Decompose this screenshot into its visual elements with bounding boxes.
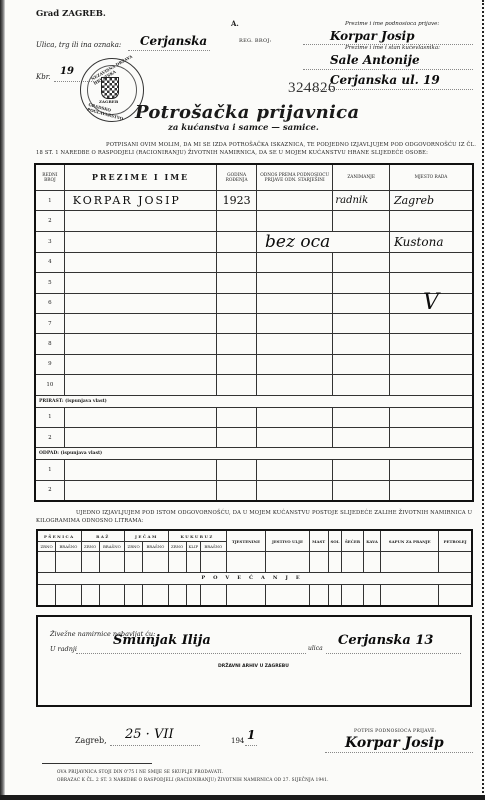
form-subtitle: za kućanstva i samce — samice. bbox=[168, 123, 319, 133]
table-row: 10 bbox=[35, 375, 473, 395]
row-number: 7 bbox=[35, 313, 64, 333]
relation[interactable]: bez oca bbox=[257, 231, 390, 252]
sub-zrno: zrno bbox=[37, 542, 56, 552]
row-number: 2 bbox=[35, 480, 64, 501]
prirast-label: PRIRAST: (ispunjava vlast) bbox=[35, 395, 473, 407]
workplace[interactable] bbox=[389, 211, 473, 231]
stock-cell[interactable] bbox=[186, 552, 200, 573]
stock-cell[interactable] bbox=[143, 552, 169, 573]
table-row: 7 bbox=[35, 313, 473, 333]
stock-values-row bbox=[37, 552, 472, 573]
relation[interactable] bbox=[257, 460, 333, 480]
stock-cell[interactable] bbox=[186, 585, 200, 607]
col-header-name: PREZIME I IME bbox=[64, 164, 216, 191]
odpad-row: 2 bbox=[35, 480, 473, 501]
persons-table-header: Redni broj PREZIME I IME Godina rođenja … bbox=[35, 164, 473, 191]
stock-cell[interactable] bbox=[168, 585, 186, 607]
shop-label: U radnji bbox=[50, 645, 77, 653]
stock-cell[interactable] bbox=[37, 585, 56, 607]
relation[interactable] bbox=[257, 407, 333, 427]
house-number-label: Kbr. bbox=[36, 73, 51, 81]
table-row: 4 bbox=[35, 252, 473, 272]
birth-year[interactable] bbox=[217, 313, 257, 333]
col-header-occupation: Zanimanje bbox=[333, 164, 390, 191]
occupation[interactable] bbox=[333, 273, 390, 293]
person-name[interactable] bbox=[64, 480, 216, 501]
sub-klip: klip bbox=[186, 542, 200, 552]
stock-cell[interactable] bbox=[439, 585, 472, 607]
sub-brasno: brašno bbox=[201, 542, 227, 552]
group-kukuruz: KUKURUZ bbox=[168, 530, 226, 542]
occupation[interactable] bbox=[333, 334, 390, 354]
increase-label: POVEĆANJE bbox=[37, 573, 472, 585]
persons-table: Redni broj PREZIME I IME Godina rođenja … bbox=[34, 163, 474, 502]
relation[interactable] bbox=[257, 252, 333, 272]
group-psenica: PŠENICA bbox=[37, 530, 81, 542]
sub-brasno: brašno bbox=[99, 542, 125, 552]
prirast-section-header: PRIRAST: (ispunjava vlast) bbox=[35, 395, 473, 407]
person-name[interactable] bbox=[64, 211, 216, 231]
scan-left-edge bbox=[0, 0, 5, 800]
street-underline bbox=[128, 50, 210, 51]
col-header-no: Redni broj bbox=[35, 164, 64, 191]
sub-brasno: brašno bbox=[143, 542, 169, 552]
person-name[interactable] bbox=[64, 375, 216, 395]
table-row: 3 bez oca Kustona bbox=[35, 231, 473, 252]
signature-value[interactable]: Korpar Josip bbox=[345, 735, 444, 751]
person-name[interactable] bbox=[64, 293, 216, 313]
workplace[interactable] bbox=[389, 354, 473, 374]
shop-value[interactable]: Smunjak Ilija bbox=[113, 633, 211, 648]
person-name[interactable] bbox=[64, 354, 216, 374]
stock-cell[interactable] bbox=[439, 552, 472, 573]
birth-year[interactable] bbox=[217, 293, 257, 313]
workplace[interactable] bbox=[389, 480, 473, 501]
relation[interactable] bbox=[257, 273, 333, 293]
supply-street-label: ulica bbox=[308, 645, 323, 652]
stock-cell[interactable] bbox=[125, 585, 143, 607]
person-name[interactable] bbox=[64, 313, 216, 333]
sub-brasno: brašno bbox=[56, 542, 82, 552]
relation[interactable] bbox=[257, 191, 333, 211]
relation[interactable] bbox=[257, 427, 333, 447]
row-number: 1 bbox=[35, 460, 64, 480]
place-label: Zagreb, bbox=[75, 736, 107, 745]
stock-cell[interactable] bbox=[37, 552, 56, 573]
applicant-name-value: Korpar Josip bbox=[330, 29, 415, 43]
birth-year[interactable] bbox=[217, 407, 257, 427]
relation[interactable] bbox=[257, 211, 333, 231]
occupation[interactable] bbox=[333, 407, 390, 427]
relation[interactable] bbox=[257, 334, 333, 354]
occupation[interactable] bbox=[333, 313, 390, 333]
reg-broj-label: REG. BROJ: bbox=[239, 38, 271, 44]
stock-cell[interactable] bbox=[328, 552, 341, 573]
birth-year[interactable] bbox=[217, 334, 257, 354]
stock-cell[interactable] bbox=[309, 585, 328, 607]
occupation[interactable] bbox=[333, 480, 390, 501]
workplace[interactable]: Kustona bbox=[389, 231, 473, 252]
landlord-name-underline bbox=[303, 69, 473, 70]
landlord-name-value: Sale Antonije bbox=[330, 53, 420, 67]
footer-divider bbox=[42, 763, 152, 764]
table-row: 5 bbox=[35, 273, 473, 293]
city-heading: Grad ZAGREB. bbox=[36, 9, 106, 19]
row-number: 6 bbox=[35, 293, 64, 313]
col-mast: Mast bbox=[309, 530, 328, 552]
row-number: 9 bbox=[35, 354, 64, 374]
col-header-workplace: Mjesto rada bbox=[389, 164, 473, 191]
street-label: Ulica, trg ili ina oznaka: bbox=[36, 41, 121, 49]
year-underline bbox=[245, 745, 257, 746]
row-number: 10 bbox=[35, 375, 64, 395]
odpad-section-header: ODPAD: (ispunjava vlast) bbox=[35, 448, 473, 460]
occupation[interactable] bbox=[333, 293, 390, 313]
relation[interactable] bbox=[257, 354, 333, 374]
col-sol: Sol bbox=[328, 530, 341, 552]
workplace[interactable] bbox=[389, 460, 473, 480]
person-name[interactable] bbox=[64, 334, 216, 354]
occupation[interactable]: radnik bbox=[333, 191, 390, 211]
shop-underline bbox=[76, 653, 306, 654]
workplace[interactable] bbox=[389, 375, 473, 395]
col-sapun: Sapun za pranje bbox=[381, 530, 439, 552]
col-secer: Šećer bbox=[342, 530, 364, 552]
scan-bottom-edge bbox=[0, 795, 485, 800]
date-underline bbox=[110, 745, 200, 746]
row-number: 2 bbox=[35, 211, 64, 231]
occupation[interactable] bbox=[333, 460, 390, 480]
landlord-label: Prezime i ime i stan kućevlasnika: bbox=[345, 45, 440, 51]
occupation[interactable] bbox=[333, 427, 390, 447]
sub-zrno: zrno bbox=[168, 542, 186, 552]
workplace[interactable] bbox=[389, 334, 473, 354]
row-number: 8 bbox=[35, 334, 64, 354]
stock-cell[interactable] bbox=[125, 552, 143, 573]
increase-values-row bbox=[37, 585, 472, 607]
street-value: Cerjanska bbox=[140, 34, 207, 48]
table-row: 2 bbox=[35, 211, 473, 231]
form-title: Potrošačka prijavnica bbox=[135, 102, 359, 123]
form-letter: A. bbox=[231, 19, 239, 28]
stock-cell[interactable] bbox=[56, 552, 82, 573]
birth-year[interactable] bbox=[217, 460, 257, 480]
workplace[interactable] bbox=[389, 407, 473, 427]
row-number: 1 bbox=[35, 407, 64, 427]
row-number: 1 bbox=[35, 191, 64, 211]
col-header-year: Godina rođenja bbox=[217, 164, 257, 191]
stock-cell[interactable] bbox=[99, 552, 125, 573]
applicant-name-label: Prezime i ime podnosioca prijave: bbox=[345, 21, 439, 27]
stock-group-header: PŠENICA RAŽ JEČAM KUKURUZ Tjestenine Jes… bbox=[37, 530, 472, 542]
birth-year[interactable] bbox=[217, 273, 257, 293]
stock-cell[interactable] bbox=[266, 585, 309, 607]
occupation[interactable] bbox=[333, 252, 390, 272]
occupation[interactable] bbox=[333, 211, 390, 231]
person-name[interactable] bbox=[64, 252, 216, 272]
prirast-row: 1 bbox=[35, 407, 473, 427]
stock-cell[interactable] bbox=[226, 585, 266, 607]
intro-paragraph: Potpisani ovim molim, da mi se izda potr… bbox=[36, 141, 478, 157]
col-jestivo-ulje: Jestivo ulje bbox=[266, 530, 309, 552]
occupation[interactable] bbox=[333, 354, 390, 374]
group-raz: RAŽ bbox=[81, 530, 125, 542]
signature-label: POTPIS PODNOSIOCA PRIJAVE: bbox=[354, 729, 437, 734]
row-number: 3 bbox=[35, 231, 64, 252]
archive-stamp: DRŽAVNI ARHIV U ZAGREBU bbox=[218, 664, 289, 669]
stock-cell[interactable] bbox=[342, 585, 364, 607]
workplace[interactable] bbox=[389, 252, 473, 272]
birth-year[interactable] bbox=[217, 375, 257, 395]
stock-paragraph: Ujedno izjavljujem pod istom odgovornošć… bbox=[36, 509, 478, 525]
year-suffix[interactable]: 1 bbox=[247, 728, 255, 742]
col-petrolej: Petrolej bbox=[439, 530, 472, 552]
footer-regulation-note: Obrazac k čl. 2 st. 3 naredbe o raspodje… bbox=[57, 777, 329, 782]
person-name[interactable] bbox=[64, 273, 216, 293]
birth-year[interactable] bbox=[217, 354, 257, 374]
workplace[interactable] bbox=[389, 427, 473, 447]
sub-zrno: zrno bbox=[81, 542, 99, 552]
row-number: 5 bbox=[35, 273, 64, 293]
relation[interactable] bbox=[257, 375, 333, 395]
table-row: 9 bbox=[35, 354, 473, 374]
person-name[interactable] bbox=[64, 231, 216, 252]
occupation[interactable] bbox=[333, 375, 390, 395]
person-name[interactable]: KORPAR JOSIP bbox=[64, 191, 216, 211]
person-name[interactable] bbox=[64, 407, 216, 427]
year-prefix: 194 bbox=[231, 737, 244, 745]
stock-cell[interactable] bbox=[143, 585, 169, 607]
stock-cell[interactable] bbox=[81, 585, 99, 607]
stock-cell[interactable] bbox=[56, 585, 82, 607]
house-number-value: 19 bbox=[60, 66, 74, 77]
signature-underline bbox=[325, 752, 473, 753]
stock-cell[interactable] bbox=[81, 552, 99, 573]
stock-cell[interactable] bbox=[363, 585, 380, 607]
registration-number: 324826 bbox=[288, 80, 336, 97]
stock-cell[interactable] bbox=[99, 585, 125, 607]
relation[interactable] bbox=[257, 313, 333, 333]
group-jecam: JEČAM bbox=[125, 530, 169, 542]
person-name[interactable] bbox=[64, 460, 216, 480]
table-row: 1 KORPAR JOSIP 1923 radnik Zagreb bbox=[35, 191, 473, 211]
birth-year[interactable] bbox=[217, 231, 257, 252]
workplace[interactable]: Zagreb bbox=[389, 191, 473, 211]
birth-year[interactable] bbox=[217, 480, 257, 501]
stock-cell[interactable] bbox=[381, 585, 439, 607]
person-name[interactable] bbox=[64, 427, 216, 447]
workplace-scribble[interactable]: V bbox=[389, 293, 473, 313]
col-tjestenine: Tjestenine bbox=[226, 530, 266, 552]
sub-zrno: zrno bbox=[125, 542, 143, 552]
stock-cell[interactable] bbox=[201, 585, 227, 607]
birth-year[interactable] bbox=[217, 252, 257, 272]
footer-price-note: Ova prijavnica stoji Din 0'75 i ne smije… bbox=[57, 769, 223, 774]
col-kava: Kava bbox=[363, 530, 380, 552]
stock-table: PŠENICA RAŽ JEČAM KUKURUZ Tjestenine Jes… bbox=[36, 529, 473, 607]
prirast-row: 2 bbox=[35, 427, 473, 447]
stock-cell[interactable] bbox=[328, 585, 341, 607]
workplace[interactable] bbox=[389, 313, 473, 333]
stock-cell[interactable] bbox=[201, 552, 227, 573]
supply-street-underline bbox=[326, 653, 461, 654]
row-number: 4 bbox=[35, 252, 64, 272]
odpad-row: 1 bbox=[35, 460, 473, 480]
relation[interactable] bbox=[257, 480, 333, 501]
row-number: 2 bbox=[35, 427, 64, 447]
perforated-right-edge bbox=[482, 0, 484, 800]
date-value[interactable]: 25 · VII bbox=[125, 727, 174, 742]
col-header-relation: Odnos prema podnosiocu prijave odn. star… bbox=[257, 164, 333, 191]
supply-street-value[interactable]: Cerjanska 13 bbox=[338, 633, 433, 648]
relation[interactable] bbox=[257, 293, 333, 313]
stock-cell[interactable] bbox=[168, 552, 186, 573]
table-row: 6 V bbox=[35, 293, 473, 313]
landlord-address-value: Cerjanska ul. 19 bbox=[330, 73, 440, 87]
stock-cell[interactable] bbox=[309, 552, 328, 573]
stock-cell[interactable] bbox=[381, 552, 439, 573]
birth-year[interactable]: 1923 bbox=[217, 191, 257, 211]
stamp-center-text: ZAGREB bbox=[99, 99, 118, 104]
increase-header-row: POVEĆANJE bbox=[37, 573, 472, 585]
stock-cell[interactable] bbox=[266, 552, 309, 573]
stock-cell[interactable] bbox=[363, 552, 380, 573]
stock-cell[interactable] bbox=[226, 552, 266, 573]
odpad-label: ODPAD: (ispunjava vlast) bbox=[35, 448, 473, 460]
birth-year[interactable] bbox=[217, 427, 257, 447]
birth-year[interactable] bbox=[217, 211, 257, 231]
supply-box: Živežne namirnice nabavljat ću: U radnji… bbox=[36, 615, 472, 707]
table-row: 8 bbox=[35, 334, 473, 354]
stock-cell[interactable] bbox=[342, 552, 364, 573]
